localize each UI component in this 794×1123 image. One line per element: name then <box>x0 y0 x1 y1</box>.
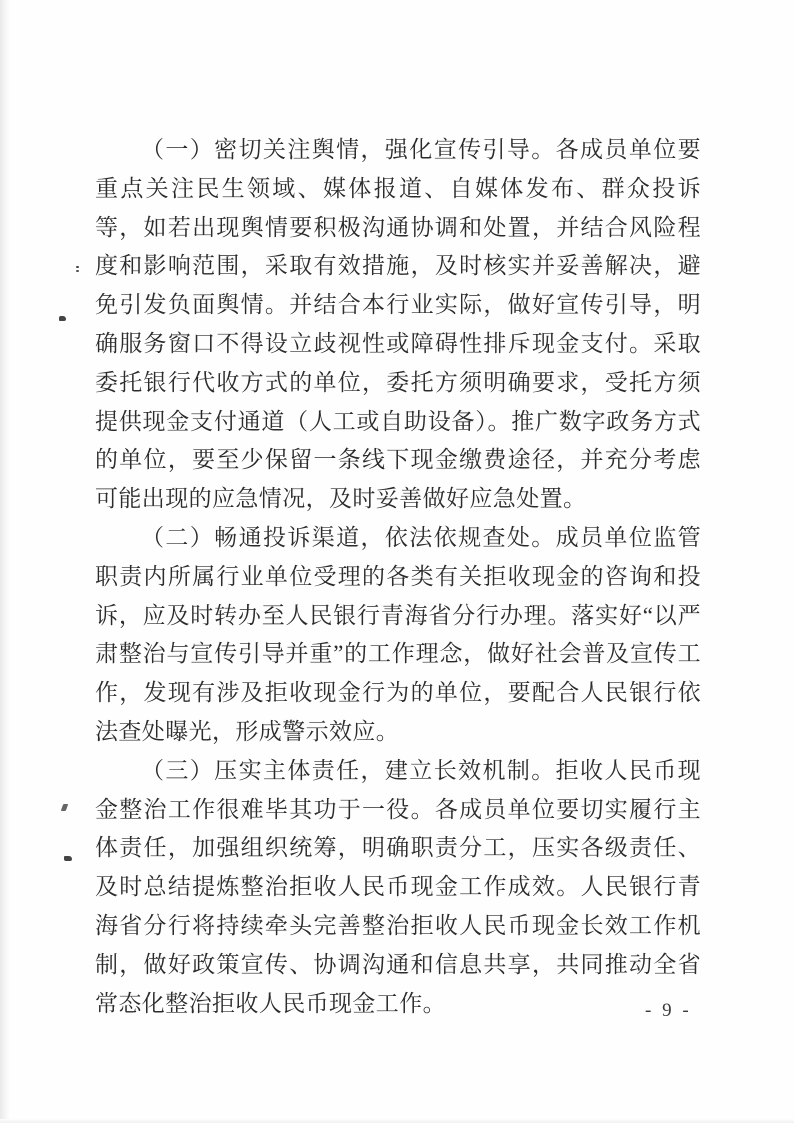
scan-edge-bottom <box>0 1119 794 1123</box>
page-number: - 9 - <box>645 1000 692 1022</box>
document-body: （一）密切关注舆情，强化宣传引导。各成员单位要重点关注民生领域、媒体报道、自媒体… <box>95 131 701 1023</box>
scan-speck <box>64 856 72 861</box>
paragraph-2: （二）畅通投诉渠道，依法依规查处。成员单位监管职责内所属行业单位受理的各类有关拒… <box>95 519 701 752</box>
document-page: （一）密切关注舆情，强化宣传引导。各成员单位要重点关注民生领域、媒体报道、自媒体… <box>0 0 794 1123</box>
scan-speck <box>59 316 66 321</box>
paragraph-1: （一）密切关注舆情，强化宣传引导。各成员单位要重点关注民生领域、媒体报道、自媒体… <box>95 131 701 519</box>
paragraph-3: （三）压实主体责任，建立长效机制。拒收人民币现金整治工作很难毕其功于一役。各成员… <box>95 752 701 1024</box>
scan-speck <box>61 804 69 811</box>
scan-speck <box>76 266 79 268</box>
scan-edge-left <box>0 0 10 1123</box>
